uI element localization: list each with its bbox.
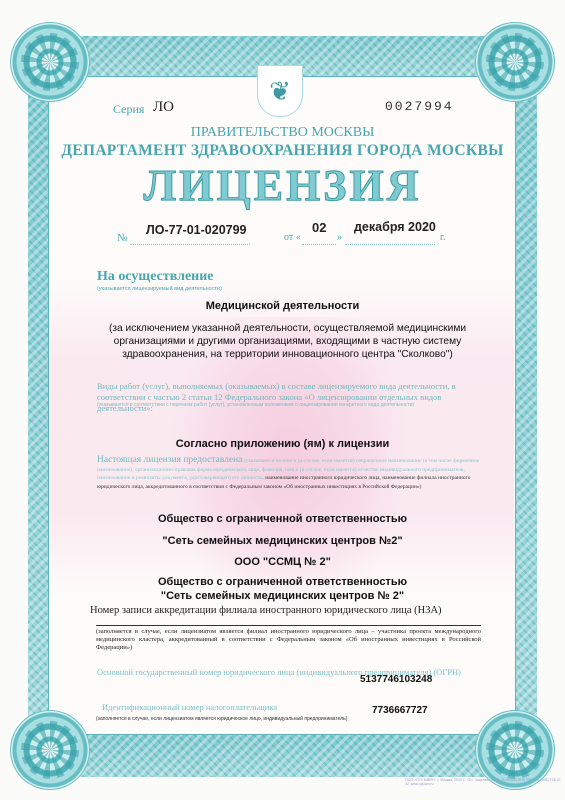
corner-rosette-icon <box>475 22 555 102</box>
ogrn-value: 5137746103248 <box>360 674 432 685</box>
date-day: 02 <box>312 220 326 235</box>
month-underline <box>345 244 435 245</box>
corner-rosette-icon <box>10 710 90 790</box>
date-quote-close: » <box>337 232 342 243</box>
works-text: Виды работ (услуг), выполняемых (оказыва… <box>97 381 482 414</box>
department-name: ДЕПАРТАМЕНТ ЗДРАВООХРАНЕНИЯ ГОРОДА МОСКВ… <box>0 142 565 160</box>
day-underline <box>302 244 336 245</box>
activity-name: Медицинской деятельности <box>0 300 565 312</box>
activity-intro-sub: (указывается лицензируемый вид деятельно… <box>97 286 222 292</box>
date-from-label: от « <box>284 232 301 243</box>
separator-line <box>96 625 481 626</box>
activity-intro: На осуществление <box>97 269 214 285</box>
issuer-name: ПРАВИТЕЛЬСТВО МОСКВЫ <box>0 125 565 141</box>
number-label: № <box>117 232 128 244</box>
printer-note: ООО «ПТУ МВЕК», г. Москва, 2019 г., «Б»,… <box>405 778 565 786</box>
border-bottom <box>40 735 525 777</box>
granted-to-block: Настоящая лицензия предоставлена (указыв… <box>97 456 482 491</box>
year-suffix: г. <box>440 232 445 243</box>
series-label: Серия <box>113 102 144 117</box>
inn-label: Идентификационный номер налогоплательщик… <box>102 702 277 712</box>
activity-exception: (за исключением указанной деятельности, … <box>90 322 485 361</box>
date-month-year: декабря 2020 <box>354 220 436 234</box>
inn-value: 7736667727 <box>372 705 428 716</box>
document-title: ЛИЦЕНЗИЯ <box>0 160 565 211</box>
org-name-1: "Сеть семейных медицинских центров №2" <box>0 535 565 547</box>
granted-intro: Настоящая лицензия предоставлена <box>97 455 242 465</box>
appendix-reference: Согласно приложению (ям) к лицензии <box>0 438 565 450</box>
nza-note: (заполняется в случае, если лицензиатом … <box>96 628 481 652</box>
org-short-name: ООО "ССМЦ № 2" <box>0 556 565 568</box>
serial-number: 0027994 <box>385 99 454 114</box>
works-sub: (указываются в соответствии с перечнем р… <box>97 402 482 408</box>
corner-rosette-icon <box>10 22 90 102</box>
license-number: ЛО-77-01-020799 <box>146 223 247 237</box>
nza-label: Номер записи аккредитации филиала иностр… <box>90 605 442 616</box>
series-value: ЛО <box>153 99 174 116</box>
coat-of-arms-icon: ❦ <box>257 65 303 117</box>
org-full-name-2: Общество с ограниченной ответственностью <box>0 576 565 588</box>
org-name-2: "Сеть семейных медицинских центров № 2" <box>0 590 565 602</box>
org-full-name-1: Общество с ограниченной ответственностью <box>0 513 565 525</box>
inn-note: (заполняется в случае, если лицензиатом … <box>96 716 347 722</box>
number-underline <box>130 244 250 245</box>
